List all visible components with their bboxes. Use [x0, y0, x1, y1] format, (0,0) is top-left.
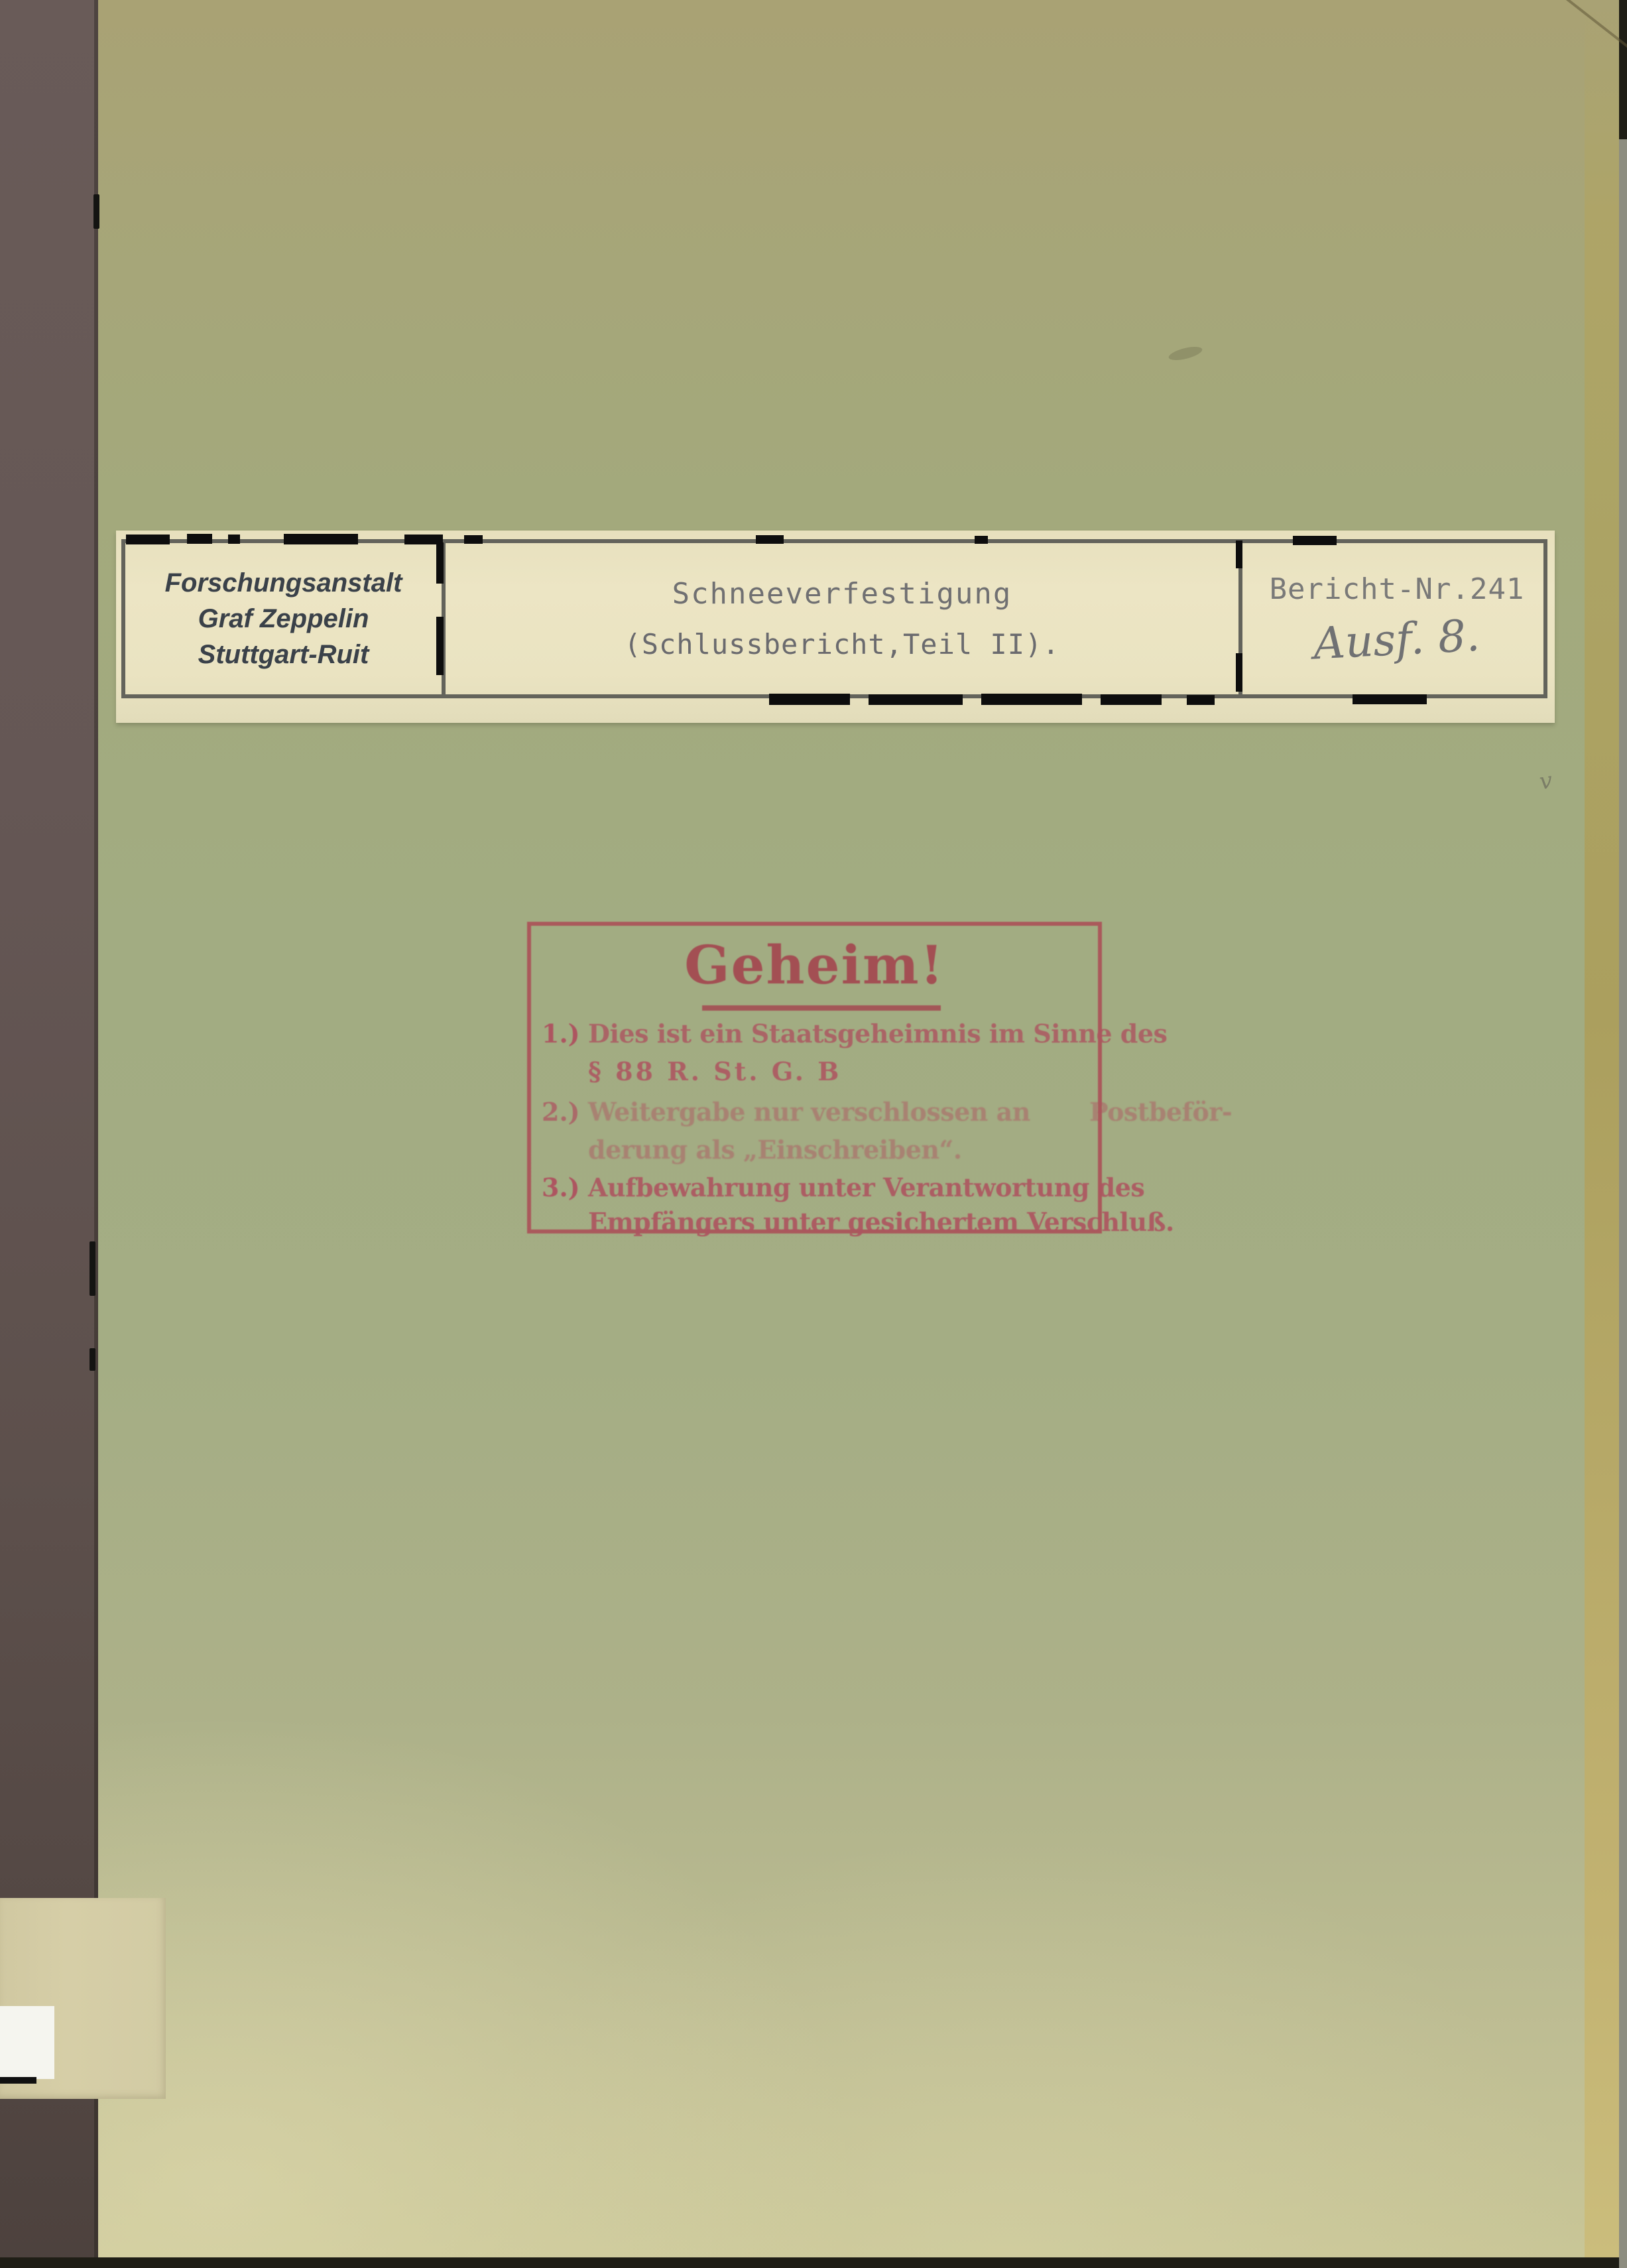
- border-ink-dash: [1101, 694, 1162, 705]
- title-label: Forschungsanstalt Graf Zeppelin Stuttgar…: [116, 531, 1555, 723]
- label-cell-report-number: Bericht-Nr.241 Ausf. 8.: [1242, 543, 1551, 694]
- stamp-item3-line1: Aufbewahrung unter Verantwortung des: [588, 1172, 1144, 1202]
- border-ink-dash: [981, 694, 1082, 705]
- stamp-item3-line2: Empfängers unter gesichertem Verschluß.: [588, 1207, 1174, 1237]
- stitch-mark: [90, 1241, 95, 1296]
- stamp-item1-line2: § 88 R. St. G. B: [588, 1056, 841, 1086]
- border-ink-dash: [228, 535, 240, 544]
- stamp-item1-line1: Dies ist ein Staatsgeheimnis im Sinne de…: [588, 1019, 1167, 1048]
- border-ink-dash: [1236, 653, 1242, 692]
- stamp-item2-line1: Weitergabe nur verschlossen an Postbeför…: [588, 1097, 1232, 1127]
- copy-number-handwritten: Ausf. 8.: [1313, 609, 1482, 669]
- border-ink-dash: [436, 542, 444, 584]
- stamp-title: Geheim!: [531, 934, 1098, 996]
- border-ink-dash: [1187, 695, 1215, 705]
- border-ink-dash: [1236, 540, 1242, 568]
- secrecy-stamp: Geheim! 1.) Dies ist ein Staatsgeheimnis…: [527, 922, 1102, 1233]
- report-subtitle: (Schlussbericht,Teil II).: [624, 628, 1059, 661]
- institution-name-line1: Forschungsanstalt: [165, 565, 402, 601]
- report-cover-scan: Forschungsanstalt Graf Zeppelin Stuttgar…: [0, 0, 1627, 2268]
- stamp-item1-number: 1.): [542, 1019, 580, 1048]
- border-ink-dash: [187, 534, 212, 544]
- border-ink-dash: [869, 694, 963, 705]
- stamp-item3-number: 3.): [542, 1172, 580, 1202]
- border-ink-dash: [436, 617, 444, 675]
- stitch-mark: [93, 194, 99, 229]
- border-ink-dash: [1293, 536, 1337, 545]
- label-cell-institution: Forschungsanstalt Graf Zeppelin Stuttgar…: [125, 543, 442, 694]
- institution-name-line2: Graf Zeppelin: [198, 601, 369, 637]
- stitch-mark: [90, 1348, 95, 1371]
- stamp-title-underline: [702, 1005, 941, 1011]
- report-title: Schneeverfestigung: [672, 577, 1012, 611]
- white-sticker-remnant: [0, 2006, 54, 2079]
- cover-right-edge: [1585, 0, 1619, 2257]
- border-ink-dash: [769, 694, 850, 705]
- border-ink-dash: [1353, 694, 1427, 704]
- border-ink-dash: [756, 535, 784, 544]
- institution-name-line3: Stuttgart-Ruit: [198, 637, 369, 672]
- label-cell-title: Schneeverfestigung (Schlussbericht,Teil …: [446, 543, 1238, 694]
- border-ink-dash: [975, 536, 988, 544]
- border-ink-dash: [284, 534, 358, 544]
- scan-background-sliver: [1619, 139, 1627, 2268]
- report-number: Bericht-Nr.241: [1270, 572, 1525, 606]
- stamp-item2-line2: derung als „Einschreiben“.: [588, 1135, 962, 1165]
- border-ink-dash: [464, 535, 483, 544]
- stamp-item2-number: 2.): [542, 1097, 580, 1127]
- title-label-ruled-frame: Forschungsanstalt Graf Zeppelin Stuttgar…: [121, 539, 1547, 698]
- border-ink-dash: [126, 535, 170, 544]
- black-edge-mark: [0, 2077, 36, 2084]
